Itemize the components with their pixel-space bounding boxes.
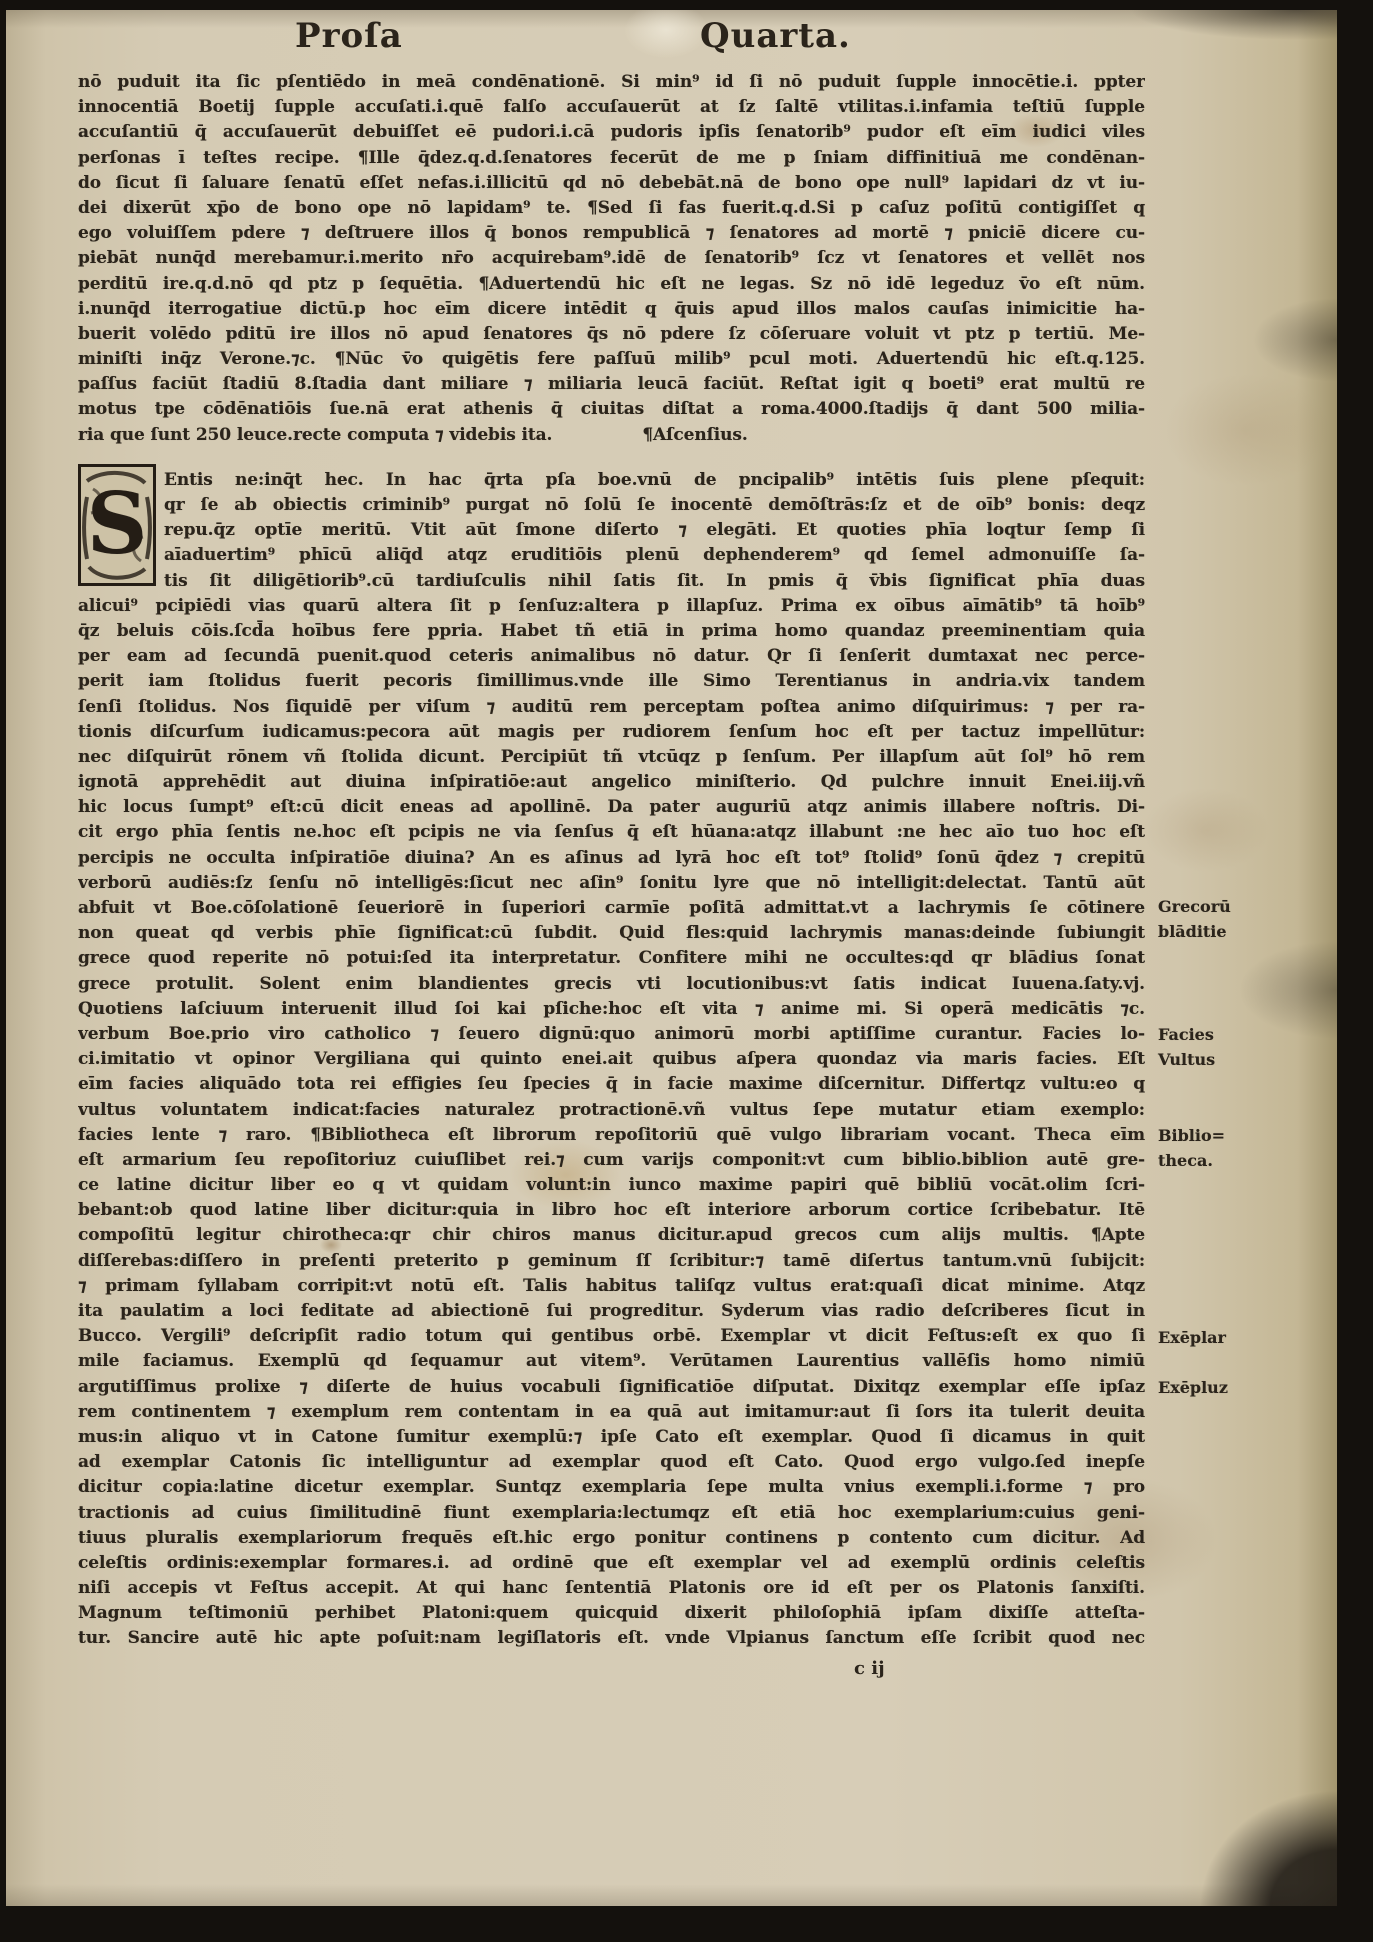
line-filler (748, 423, 1145, 448)
text-line: perit iam ſtolidus fuerit pecoris ſimill… (78, 669, 1145, 694)
text-line: tur. Sancire autē hic apte poſuit:nam le… (78, 1626, 1145, 1651)
text-line: tionis diſcurſum iudicamus:pecora aūt ma… (78, 720, 1145, 745)
text-line: ⁊ primam ſyllabam corripit:vt notū eſt. … (78, 1274, 1145, 1299)
text-line: bebant:ob quod latine liber dicitur:quia… (78, 1198, 1145, 1223)
text-column: nō puduit ita ſic pſentiēdo in meā condē… (78, 70, 1145, 1652)
text-line: mile faciamus. Exemplū qd ſequamur aut v… (78, 1349, 1145, 1374)
text-line: dicitur copia:latine dicetur exemplar. S… (78, 1475, 1145, 1500)
text-line: abfuit vt Boe.cōſolationē ſeueriorē in ſ… (78, 896, 1145, 921)
text-line: tis ſit diligētiorib⁹.cū tardiuſculis ni… (164, 569, 1145, 594)
text-line: perditū ire.q.d.nō qd ptz p ſequētia. ¶A… (78, 272, 1145, 297)
commentary-block-2-lines: Entis ne:inq̄t hec. In hac q̄rta pſa boe… (78, 468, 1145, 1652)
book-page-scan: Proſa Quarta. nō puduit ita ſic pſentiēd… (6, 10, 1337, 1906)
text-line: eīm facies aliquādo tota rei effigies ſe… (78, 1072, 1145, 1097)
text-line: nō puduit ita ſic pſentiēdo in meā condē… (78, 70, 1145, 95)
text-line: i.nunq̄d iterrogatiue dictū.p hoc eīm di… (78, 297, 1145, 322)
margin-note: FaciesVultus (1158, 1022, 1334, 1072)
text-line: paſſus faciūt ſtadiū 8.ſtadia dant milia… (78, 372, 1145, 397)
ascensius-commentary-block: S Entis ne:inq̄t hec. In hac q̄rta pſa b… (78, 468, 1145, 1652)
signature-mark: c ij (854, 1658, 885, 1679)
text-line: ego voluiſſem pdere ⁊ deſtruere illos q̄… (78, 221, 1145, 246)
text-line: rem continentem ⁊ exemplum rem contentam… (78, 1400, 1145, 1425)
text-line: miniſti inq̄z Verone.⁊c. ¶Nūc v̄o quigēt… (78, 347, 1145, 372)
text-line: qr ſe ab obiectis criminib⁹ purgat nō ſo… (164, 493, 1145, 518)
text-line: alicui⁹ pcipiēdi vias quarū altera ſit p… (78, 594, 1145, 619)
text-line: hic locus ſumpt⁹ eſt:cū dicit eneas ad a… (78, 795, 1145, 820)
text-line: ad exemplar Catonis ſic intelliguntur ad… (78, 1450, 1145, 1475)
text-line: facies lente ⁊ raro. ¶Bibliotheca eſt li… (78, 1123, 1145, 1148)
text-line: ce latine dicitur liber eo q vt quidam v… (78, 1173, 1145, 1198)
commentary-block-1: nō puduit ita ſic pſentiēdo in meā condē… (78, 70, 1145, 448)
text-line: Bucco. Vergili⁹ deſcripſit radio totum q… (78, 1324, 1145, 1349)
block1-final-line: ria que ſunt 250 leuce.recte computa ⁊ v… (78, 423, 1145, 448)
commentary-block-1-lines: nō puduit ita ſic pſentiēdo in meā condē… (78, 70, 1145, 423)
text-line: q̄z beluis cōis.ſcd̄a hoībus fere ppria.… (78, 619, 1145, 644)
text-line: Entis ne:inq̄t hec. In hac q̄rta pſa boe… (164, 468, 1145, 493)
text-line: ſenſi ſtolidus. Nos ſiquidē per viſum ⁊ … (78, 695, 1145, 720)
text-line: compoſitū legitur chirotheca:qr chir chi… (78, 1223, 1145, 1248)
text-line: eſt armarium ſeu repoſitoriuz cuiuſlibet… (78, 1148, 1145, 1173)
initial-letter: S (81, 469, 153, 585)
text-line: do ſicut ſi ſaluare ſenatū eſſet nefas.i… (78, 171, 1145, 196)
text-line: dei dixerūt xp̄o de bono ope nō lapidam⁹… (78, 196, 1145, 221)
text-line: aīaduertim⁹ phīcū aliq̄d atqz eruditiōis… (164, 543, 1145, 568)
text-line: innocentiā Boetij ſupple accuſati.i.quē … (78, 95, 1145, 120)
text-line: repu.q̄z optīe meritū. Vtit aūt ſmone di… (164, 518, 1145, 543)
text-line: Quotiens laſciuum interuenit illud ſoi k… (78, 997, 1145, 1022)
text-line: verborū audiēs:ſz ſenſu nō intelligēs:ſi… (78, 871, 1145, 896)
text-line: niſi accepis vt Feſtus accepit. At qui h… (78, 1576, 1145, 1601)
running-header-quarta: Quarta. (700, 16, 851, 56)
ascensius-attribution: ¶Aſcenſius. (642, 423, 747, 448)
decorated-initial-s: S (78, 464, 156, 586)
margin-note: Exēpluz (1158, 1375, 1334, 1400)
margin-note: Biblio=theca. (1158, 1123, 1334, 1173)
text-line: tractionis ad cuius ſimilitudinē fiunt e… (78, 1501, 1145, 1526)
text-line: Magnum teſtimoniū perhibet Platoni:quem … (78, 1601, 1145, 1626)
text-line: motus tpe cōdēnatiōis ſue.nā erat atheni… (78, 397, 1145, 422)
text-line: ci.imitatio vt opinor Vergiliana qui qui… (78, 1047, 1145, 1072)
text-line: nec diſquirūt rōnem vñ ſtolida dicunt. P… (78, 745, 1145, 770)
margin-note: Exēplar (1158, 1325, 1334, 1350)
text-line: celeſtis ordinis:exemplar formares.i. ad… (78, 1551, 1145, 1576)
text-line: verbum Boe.prio viro catholico ⁊ ſeuero … (78, 1022, 1145, 1047)
block1-final-text: ria que ſunt 250 leuce.recte computa ⁊ v… (78, 423, 552, 448)
text-line: cit ergo phīa ſentis ne.hoc eſt pcipis n… (78, 820, 1145, 845)
text-line: tiuus pluralis exemplariorum frequēs eſt… (78, 1526, 1145, 1551)
text-line: accuſantiū q̄ accuſauerūt debuiſſet eē p… (78, 120, 1145, 145)
text-line: ita paulatim a loci feditate ad abiectio… (78, 1299, 1145, 1324)
text-line: piebāt nunq̄d merebamur.i.merito nr̄o ac… (78, 246, 1145, 271)
margin-note: Grecorūblāditie (1158, 894, 1334, 944)
text-line: grece quod reperite nō potui:ſed ita int… (78, 946, 1145, 971)
text-line: percipis ne occulta inſpiratiōe diuina? … (78, 846, 1145, 871)
text-line: argutiſſimus prolixe ⁊ diſerte de huius … (78, 1375, 1145, 1400)
running-header-prosa: Proſa (295, 16, 403, 56)
text-line: mus:in aliquo vt in Catone ſumitur exemp… (78, 1425, 1145, 1450)
text-line: non queat qd verbis phīe ſignificat:cū ſ… (78, 921, 1145, 946)
text-line: buerit volēdo pditū ire illos nō apud ſe… (78, 322, 1145, 347)
text-line: vultus voluntatem indicat:facies natural… (78, 1098, 1145, 1123)
text-line: perſonas ī teſtes recipe. ¶Ille q̄dez.q.… (78, 146, 1145, 171)
text-line: per eam ad ſecundā puenit.quod ceteris a… (78, 644, 1145, 669)
text-line: diſſerebas:diſſero in preſenti preterito… (78, 1249, 1145, 1274)
text-line: ignotā apprehēdit aut diuina inſpiratiōe… (78, 770, 1145, 795)
running-header: Proſa Quarta. (6, 16, 1337, 64)
text-line: grece protulit. Solent enim blandientes … (78, 972, 1145, 997)
